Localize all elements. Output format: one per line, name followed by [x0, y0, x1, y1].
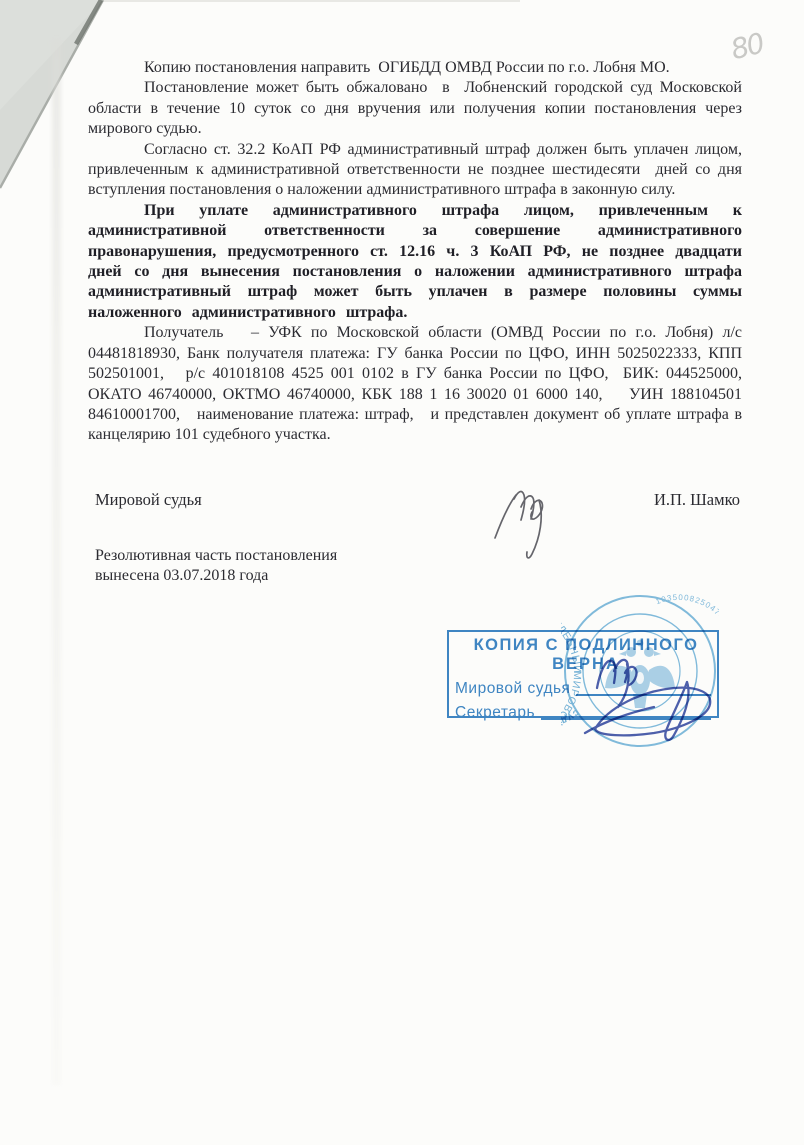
- paragraph-half-fine: При уплате административного штрафа лицо…: [88, 201, 742, 323]
- signature-row: Мировой судья И.П. Шамко: [95, 490, 740, 510]
- scanned-page: { "artifacts": { "pencil_note": "80" }, …: [0, 0, 804, 1145]
- paragraph-copy-direction: Копию постановления направить ОГИБДД ОМВ…: [88, 58, 742, 78]
- paragraph-payment-term: Согласно ст. 32.2 КоАП РФ административн…: [88, 140, 742, 201]
- stamp-ink-signatures: [570, 633, 735, 748]
- resolution-line1: Резолютивная часть постановления: [95, 546, 337, 566]
- judge-title: Мировой судья: [95, 490, 202, 510]
- paragraph-requisites: Получатель – УФК по Московской области (…: [88, 323, 742, 445]
- judge-handwritten-signature: [483, 472, 569, 572]
- resolution-line2: вынесена 03.07.2018 года: [95, 566, 337, 586]
- judge-name: И.П. Шамко: [654, 490, 740, 510]
- paragraph-appeal: Постановление может быть обжаловано в Ло…: [88, 78, 742, 139]
- stamp-judge-label: Мировой судья: [455, 680, 570, 698]
- svg-text:1035008250474: 1035008250474: [654, 593, 719, 621]
- seal-ogrn-number: 1035008250474: [654, 593, 719, 621]
- stamp-secretary-label: Секретарь: [455, 704, 535, 722]
- document-body: Копию постановления направить ОГИБДД ОМВ…: [88, 58, 742, 446]
- scan-fold-streak: [52, 40, 61, 1085]
- resolution-note: Резолютивная часть постановления вынесен…: [95, 546, 337, 587]
